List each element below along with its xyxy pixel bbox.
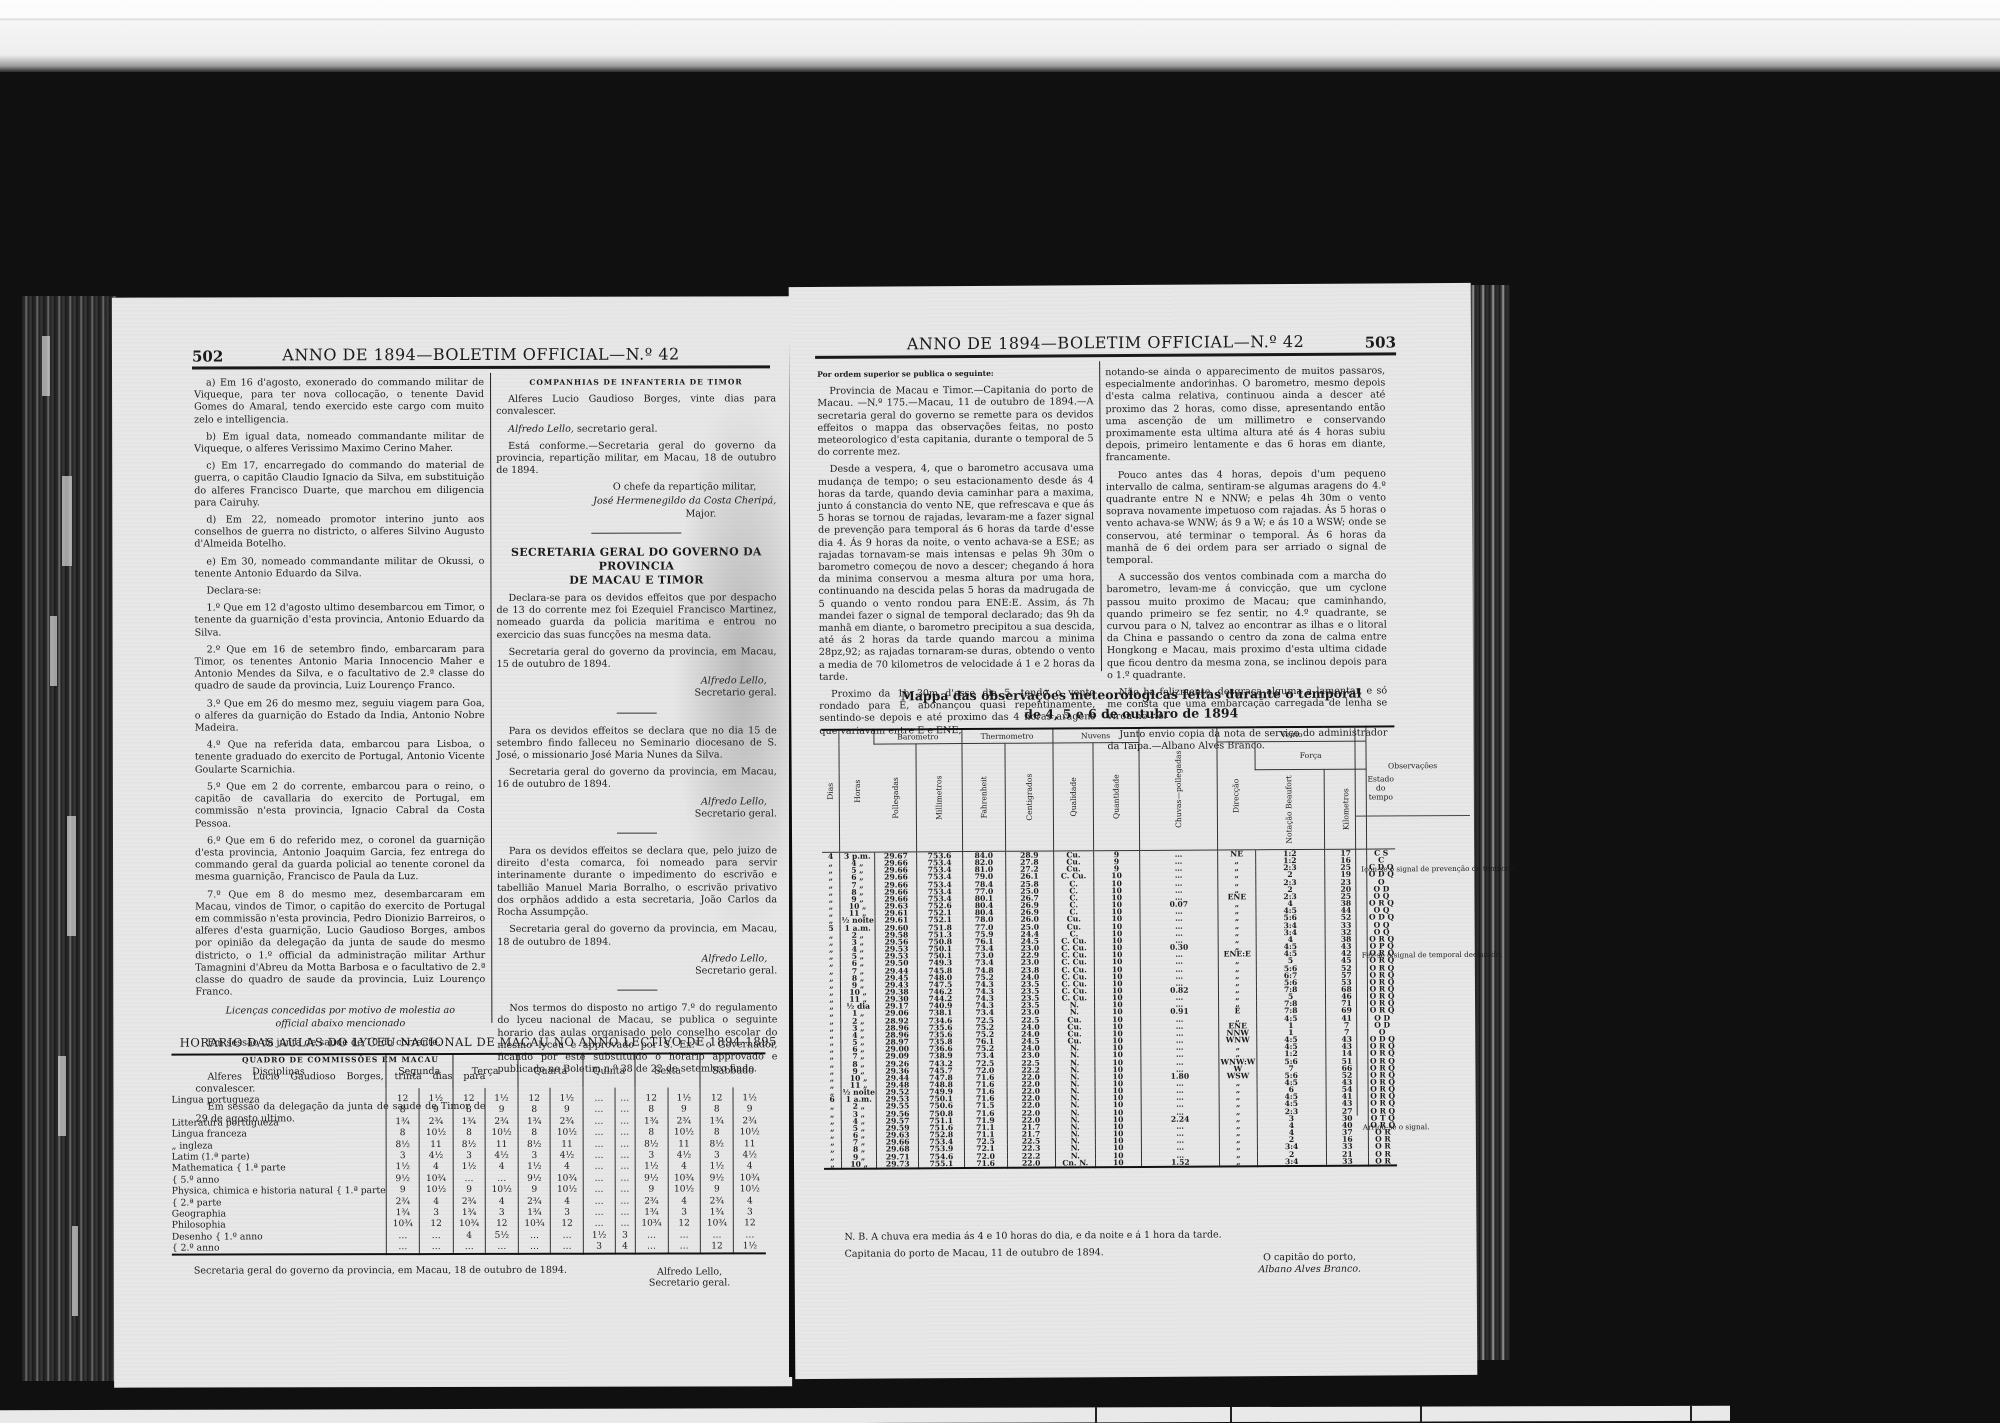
col-quantidade: Quantidade xyxy=(1093,742,1139,850)
time-cell: 8 xyxy=(518,1105,550,1116)
group-barometro: Barometro xyxy=(874,729,961,744)
col-disciplinas: Disciplinas xyxy=(171,1054,385,1088)
time-cell: 3 xyxy=(387,1151,419,1162)
time-cell: 12 xyxy=(734,1219,766,1230)
paragraph: a) Em 16 d'agosto, exonerado do commando… xyxy=(194,377,484,426)
subject-name: { 2.ª parte xyxy=(172,1197,386,1209)
met-cell: O R xyxy=(1369,1157,1397,1165)
col-label: Notação Beaufort xyxy=(1285,775,1294,843)
time-cell: 1½ xyxy=(387,1162,419,1173)
time-cell: 3 xyxy=(615,1230,634,1241)
col-quinta: Quinta xyxy=(583,1054,635,1088)
signature-title: O capitão do porto, xyxy=(1235,1251,1385,1264)
time-cell: 1¾ xyxy=(453,1117,485,1128)
time-cell: … xyxy=(584,1105,614,1116)
time-cell: 10½ xyxy=(734,1128,766,1139)
time-cell: 12 xyxy=(518,1094,550,1105)
col-millimetros: Millimetros xyxy=(916,744,962,852)
time-cell: 4 xyxy=(668,1162,700,1173)
time-cell: 3 xyxy=(635,1151,667,1162)
signature-name: Alfredo Lello, xyxy=(649,1266,730,1277)
subject-name: Litteratura portugueza xyxy=(172,1117,386,1129)
time-cell: 8 xyxy=(701,1105,733,1116)
scanner-bottom-margin xyxy=(0,1406,1730,1423)
time-cell: … xyxy=(584,1173,614,1184)
time-cell: 10½ xyxy=(668,1185,700,1196)
paragraph: Desde a vespera, 4, que o barometro accu… xyxy=(818,463,1095,684)
time-cell: 8 xyxy=(387,1128,419,1139)
time-cell: … xyxy=(615,1139,634,1150)
time-cell: … xyxy=(387,1242,419,1253)
time-cell: 3 xyxy=(701,1150,733,1161)
time-cell: 10¾ xyxy=(668,1173,700,1184)
time-cell: 1¾ xyxy=(453,1208,485,1219)
secretario-title: secretario geral. xyxy=(574,423,658,434)
time-cell: … xyxy=(615,1162,634,1173)
col-horas: Horas xyxy=(839,730,875,853)
time-cell: … xyxy=(615,1094,634,1105)
horario-body: Lingua portuguezaLitteratura portuguezaL… xyxy=(172,1087,766,1255)
time-cell: … xyxy=(584,1139,614,1150)
time-column: 1281¾88½31½…92¾1¾10¾4… xyxy=(453,1088,486,1255)
col-dias: Dias xyxy=(821,730,839,853)
col-label: Direcção xyxy=(1232,779,1241,813)
running-head: 502 ANNO DE 1894—BOLETIM OFFICIAL—N.º 42 xyxy=(192,344,770,369)
met-subgroup-row: Pollegadas Millimetros Fahrenheit Centig… xyxy=(821,741,1394,772)
time-cell: … xyxy=(636,1242,668,1253)
col-label: Quantidade xyxy=(1111,774,1120,819)
nota-bene: N. B. A chuva era media ás 4 e 10 horas … xyxy=(844,1229,1221,1242)
time-cell: 2¾ xyxy=(387,1197,419,1208)
notice: Declara-se para os devidos effeitos que … xyxy=(496,592,776,641)
signature-name: Alfredo Lello, xyxy=(497,676,777,689)
declara-item: 6.º Que em 6 do referido mez, o coronel … xyxy=(195,835,485,884)
time-cell: … xyxy=(584,1116,614,1127)
time-cell: 2¾ xyxy=(453,1196,485,1207)
time-cell: 4 xyxy=(420,1162,452,1173)
time-cell: … xyxy=(734,1230,766,1241)
col-qualidade: Qualidade xyxy=(1053,743,1094,851)
signature-title: Secretario geral. xyxy=(497,688,777,701)
time-column: 1281¾88½31½9½92¾1¾10¾…12 xyxy=(700,1087,733,1254)
time-cell: 11 xyxy=(486,1139,518,1150)
time-cell: 3 xyxy=(584,1242,614,1253)
declara-item: 5.º Que em 2 do corrente, embarcou para … xyxy=(195,781,485,830)
col-direccao: Direcção xyxy=(1217,742,1255,850)
time-cell: 12 xyxy=(551,1219,583,1230)
time-cell: 1¾ xyxy=(636,1207,668,1218)
time-cell: … xyxy=(519,1242,551,1253)
time-cell: 1¾ xyxy=(635,1116,667,1127)
time-cell: 8 xyxy=(386,1105,418,1116)
col-beaufort: Notação Beaufort xyxy=(1255,769,1324,849)
group-thermometro: Thermometro xyxy=(961,728,1052,743)
col-segunda: Segunda xyxy=(386,1054,453,1088)
met-cell: 10 xyxy=(1095,1159,1141,1167)
horario-footer-date: Secretaria geral do governo da provincia… xyxy=(194,1265,567,1277)
secretaria-heading: SECRETARIA GERAL DO GOVERNO DA PROVINCIA xyxy=(496,545,776,574)
time-cell: 1½ xyxy=(636,1162,668,1173)
col-terca: Terça xyxy=(452,1054,517,1088)
group-vento: Vento xyxy=(1217,727,1366,742)
time-cell: … xyxy=(584,1196,614,1207)
time-column: 1281¾88½31½9½92¾1¾10¾…… xyxy=(518,1088,551,1255)
time-cell: 4½ xyxy=(420,1151,452,1162)
time-cell: 1½ xyxy=(551,1094,583,1105)
time-cell: … xyxy=(668,1242,700,1253)
met-body: 43 p.m.29.67753.684.028.9Cu.9…NE1:217C S… xyxy=(822,849,1396,1169)
chefe-title: O chefe da repartição militar, xyxy=(496,482,776,495)
time-cell: 10½ xyxy=(551,1128,583,1139)
time-column: 1½92¾10½114½410¾10½4312…… xyxy=(668,1087,701,1254)
time-cell: 1½ xyxy=(584,1230,614,1241)
met-cell: 33 xyxy=(1326,1157,1369,1165)
time-cell: 10½ xyxy=(668,1128,700,1139)
running-head-title: ANNO DE 1894—BOLETIM OFFICIAL—N.º 42 xyxy=(192,344,770,364)
time-cell: 1½ xyxy=(668,1093,700,1104)
time-cell: 3 xyxy=(551,1208,583,1219)
time-cell: 12 xyxy=(668,1219,700,1230)
time-cell: 9½ xyxy=(636,1173,668,1184)
time-cell: 2¾ xyxy=(420,1117,452,1128)
time-cell: 8½ xyxy=(518,1139,550,1150)
time-cell: 12 xyxy=(635,1094,667,1105)
running-head-title: ANNO DE 1894—BOLETIM OFFICIAL—N.º 42 xyxy=(815,331,1396,354)
subject-name: Desenho { 1.º anno xyxy=(172,1231,386,1243)
paragraph: d) Em 22, nomeado promotor interino junt… xyxy=(194,514,484,551)
notice: Para os devidos effeitos se declara que … xyxy=(497,725,777,762)
time-cell: 11 xyxy=(551,1139,583,1150)
col-quarta: Quarta xyxy=(518,1054,583,1088)
mappa-title-line-2: de 4, 5 e 6 de outubro de 1894 xyxy=(831,702,1431,725)
col-fahrenheit: Fahrenheit xyxy=(962,743,1006,851)
paragraph: e) Em 30, nomeado commandante militar de… xyxy=(194,556,484,581)
time-cell: 1½ xyxy=(701,1162,733,1173)
capitania-date: Capitania do porto de Macau, 11 de outub… xyxy=(845,1247,1104,1260)
time-cell: … xyxy=(615,1128,634,1139)
paragraph: c) Em 17, encarregado do commando do mat… xyxy=(194,460,484,509)
declara-label: Declara-se: xyxy=(194,585,484,598)
col-label: Fahrenheit xyxy=(979,776,988,818)
subject-list: Lingua portuguezaLitteratura portuguezaL… xyxy=(172,1088,387,1255)
time-cell: 4½ xyxy=(668,1150,700,1161)
time-cell: 10½ xyxy=(551,1185,583,1196)
time-cell: 9 xyxy=(701,1185,733,1196)
col-sabbado: Sabbado xyxy=(700,1053,765,1087)
time-cell: 3 xyxy=(668,1207,700,1218)
mappa-title-line-1: Mappa das observações meteorologicas fei… xyxy=(831,683,1431,706)
time-cell: 4 xyxy=(420,1197,452,1208)
time-column: ………………………………34 xyxy=(615,1088,636,1255)
secretario-name: Alfredo Lello, xyxy=(508,423,574,434)
subject-name: „ ingleza xyxy=(172,1140,386,1152)
time-cell: 4½ xyxy=(734,1150,766,1161)
time-cell: … xyxy=(584,1219,614,1230)
time-cell: 9 xyxy=(420,1105,452,1116)
time-cell: … xyxy=(486,1242,518,1253)
signature-name: Alfredo Lello, xyxy=(497,953,777,966)
time-cell: 4 xyxy=(453,1231,485,1242)
companhias-heading: COMPANHIAS DE INFANTERIA DE TIMOR xyxy=(496,376,776,389)
time-cell: … xyxy=(615,1208,634,1219)
time-cell: … xyxy=(551,1242,583,1253)
time-cell: … xyxy=(453,1242,485,1253)
observation-note: Fez-se o signal de temporal declarado. xyxy=(1362,950,1503,960)
time-cell: 10½ xyxy=(420,1185,452,1196)
col-sexta: Sexta xyxy=(635,1053,700,1087)
time-cell: … xyxy=(615,1116,634,1127)
time-cell: 8½ xyxy=(387,1140,419,1151)
time-cell: … xyxy=(584,1162,614,1173)
met-cell: 71.6 xyxy=(964,1159,1007,1167)
subject-name: { 2.º anno xyxy=(172,1242,386,1254)
time-cell: 3 xyxy=(420,1208,452,1219)
time-cell: … xyxy=(420,1231,452,1242)
col-label: Horas xyxy=(852,780,861,803)
time-cell: 11 xyxy=(420,1140,452,1151)
subject-name: { 5.º anno xyxy=(172,1174,386,1186)
rule xyxy=(617,712,657,713)
time-cell: 1¾ xyxy=(386,1117,418,1128)
group-nuvens: Nuvens xyxy=(1053,728,1139,743)
col-label: Dias xyxy=(826,783,835,800)
time-cell: 8 xyxy=(518,1128,550,1139)
time-cell: … xyxy=(668,1230,700,1241)
time-cell: 10¾ xyxy=(420,1174,452,1185)
subject-name: Philosophia xyxy=(172,1219,386,1231)
intro-line: Por ordem superior se publica o seguinte… xyxy=(817,367,1093,381)
time-cell: 2¾ xyxy=(519,1196,551,1207)
met-cell: „ xyxy=(1220,1158,1258,1166)
rule xyxy=(617,990,657,991)
time-cell: … xyxy=(615,1151,634,1162)
time-cell: 4 xyxy=(734,1196,766,1207)
time-cell: 1¾ xyxy=(518,1117,550,1128)
time-cell: 9 xyxy=(519,1185,551,1196)
time-cell: 8½ xyxy=(635,1139,667,1150)
subject-name: Physica, chimica e historia natural { 1.… xyxy=(172,1185,386,1197)
time-cell: 1¾ xyxy=(701,1116,733,1127)
met-cell: 3:4 xyxy=(1257,1158,1326,1167)
met-cell: „ xyxy=(824,1161,842,1169)
declara-item: 3.º Que em 26 do mesmo mez, seguiu viage… xyxy=(195,698,485,735)
time-cell: … xyxy=(486,1174,518,1185)
signature-name: Albano Alves Branco. xyxy=(1235,1263,1385,1276)
time-cell: 4 xyxy=(551,1196,583,1207)
mappa-title: Mappa das observações meteorologicas fei… xyxy=(831,683,1431,725)
time-cell: 2¾ xyxy=(701,1196,733,1207)
time-cell: … xyxy=(615,1219,634,1230)
column-divider xyxy=(1099,361,1102,671)
time-column: 1½92¾10½114½410¾10½4312…1½ xyxy=(733,1087,766,1254)
time-cell: 4 xyxy=(551,1162,583,1173)
notice-date: Secretaria geral do governo da provincia… xyxy=(497,646,777,671)
time-cell: 11 xyxy=(734,1139,766,1150)
time-cell: 9 xyxy=(453,1185,485,1196)
paragraph: Pouco antes das 4 horas, depois d'um peq… xyxy=(1106,468,1387,567)
observation-note: Içou-se o signal de prevenção de tempora… xyxy=(1361,864,1518,874)
left-page-column-2: COMPANHIAS DE INFANTERIA DE TIMOR Alfere… xyxy=(496,376,777,1081)
chefe-name: José Hermenegildo da Costa Cheripá, xyxy=(496,495,776,508)
time-cell: 9 xyxy=(668,1105,700,1116)
time-cell: 9½ xyxy=(701,1173,733,1184)
time-column: 1½92¾10½114½4…10½43125½… xyxy=(485,1088,518,1255)
secretario-line: Alfredo Lello, secretario geral. xyxy=(496,423,776,436)
signature-title: Secretario geral. xyxy=(497,965,777,978)
licencas-heading: Licenças concedidas por motivo de molest… xyxy=(195,1003,485,1032)
time-cell: … xyxy=(701,1230,733,1241)
signature-name: Alfredo Lello, xyxy=(497,796,777,809)
time-cell: 12 xyxy=(486,1219,518,1230)
time-cell: 9½ xyxy=(387,1174,419,1185)
time-cell: … xyxy=(636,1230,668,1241)
page-number: 503 xyxy=(1365,333,1396,351)
time-cell: 1½ xyxy=(453,1162,485,1173)
time-cell: … xyxy=(584,1128,614,1139)
paragraph: A successão dos ventos combinada com a m… xyxy=(1106,571,1387,683)
companhias-item: Alferes Lucio Gaudioso Borges, vinte dia… xyxy=(496,394,776,419)
paragraph: b) Em igual data, nomeado commandante mi… xyxy=(194,431,484,456)
time-cell: 10½ xyxy=(486,1128,518,1139)
time-cell: … xyxy=(519,1230,551,1241)
notice: Para os devidos effeitos se declara que,… xyxy=(497,845,777,919)
met-cell: 10 „ xyxy=(841,1160,876,1168)
horario-table: Disciplinas Segunda Terça Quarta Quinta … xyxy=(171,1052,765,1256)
met-cell: 22.0 xyxy=(1007,1159,1055,1167)
page-503: ANNO DE 1894—BOLETIM OFFICIAL—N.º 42 503… xyxy=(789,283,1478,1379)
time-cell: 2¾ xyxy=(668,1116,700,1127)
time-cell: 8 xyxy=(635,1128,667,1139)
running-head: ANNO DE 1894—BOLETIM OFFICIAL—N.º 42 503 xyxy=(815,331,1396,359)
observacoes-column: Observações Içou-se o signal de prevençã… xyxy=(1354,725,1471,1116)
observacoes-header: Observações xyxy=(1356,761,1470,771)
time-column: 1281¾88½31½9½92¾1¾10¾…… xyxy=(635,1088,668,1255)
paragraph: Provincia de Macau e Timor.—Capitania do… xyxy=(817,384,1093,459)
col-label: Centigrados xyxy=(1024,774,1033,821)
time-cell: 8½ xyxy=(701,1139,733,1150)
time-cell: 1¾ xyxy=(387,1208,419,1219)
time-cell: 2¾ xyxy=(551,1117,583,1128)
time-cell: 4 xyxy=(486,1162,518,1173)
time-cell: 10¾ xyxy=(636,1219,668,1230)
time-cell: 1½ xyxy=(518,1162,550,1173)
scanner-top-margin xyxy=(0,0,2000,72)
esta-conforme: Está conforme.—Secretaria geral do gover… xyxy=(496,440,776,477)
group-forca: Força xyxy=(1255,741,1367,770)
declara-item: 1.º Que em 12 d'agosto ultimo desembarco… xyxy=(194,602,484,639)
met-cell: 1.52 xyxy=(1141,1158,1219,1167)
paragraph: notando-se ainda o apparecimento de muit… xyxy=(1105,365,1386,464)
time-cell: 10¾ xyxy=(387,1219,419,1230)
time-cell: 2¾ xyxy=(636,1196,668,1207)
time-cell: 3 xyxy=(453,1151,485,1162)
chefe-rank: Major. xyxy=(496,508,776,521)
subject-name: Lingua franceza xyxy=(172,1128,386,1140)
col-chuvas: Chuvas—pollegadas xyxy=(1139,727,1218,850)
col-label: Millimetros xyxy=(935,775,944,819)
meteorological-table: Dias Horas Barometro Thermometro Nuvens … xyxy=(821,725,1396,1169)
time-cell: 4 xyxy=(734,1162,766,1173)
time-cell: … xyxy=(615,1105,634,1116)
rule xyxy=(617,833,657,834)
time-cell: 10¾ xyxy=(701,1219,733,1230)
notice-date: Secretaria geral do governo da provincia… xyxy=(497,924,777,949)
time-cell: 1½ xyxy=(486,1094,518,1105)
time-cell: 10¾ xyxy=(519,1219,551,1230)
time-column: 1281¾88½31½9½92¾1¾10¾…… xyxy=(386,1088,420,1255)
horario-data-row: Lingua portuguezaLitteratura portuguezaL… xyxy=(172,1087,766,1255)
time-cell: … xyxy=(387,1231,419,1242)
time-cell: 12 xyxy=(453,1094,485,1105)
declara-item: 7.º Que em 8 do mesmo mez, desembarcaram… xyxy=(195,888,485,998)
col-label: Qualidade xyxy=(1068,777,1077,816)
time-cell: 3 xyxy=(734,1207,766,1218)
time-cell: 10¾ xyxy=(453,1219,485,1230)
time-cell: 1½ xyxy=(420,1094,452,1105)
met-cell: 29.73 xyxy=(877,1160,919,1168)
horario-signature: Alfredo Lello, Secretario geral. xyxy=(649,1266,730,1288)
time-cell: 8 xyxy=(635,1105,667,1116)
time-cell: 4½ xyxy=(551,1151,583,1162)
time-cell: … xyxy=(584,1151,614,1162)
time-cell: 2¾ xyxy=(486,1117,518,1128)
time-cell: 9 xyxy=(486,1105,518,1116)
time-cell: … xyxy=(584,1185,614,1196)
observacoes-rule xyxy=(1356,815,1470,817)
time-cell: 9 xyxy=(636,1185,668,1196)
time-cell: … xyxy=(584,1094,614,1105)
time-cell: … xyxy=(615,1173,634,1184)
ornamental-rule xyxy=(591,533,681,534)
time-cell: 4½ xyxy=(486,1151,518,1162)
time-cell: 3 xyxy=(518,1151,550,1162)
time-cell: 1½ xyxy=(734,1241,766,1252)
time-column: ………………………………1½3 xyxy=(583,1088,615,1255)
time-cell: 8 xyxy=(453,1105,485,1116)
left-page-column-1: a) Em 16 d'agosto, exonerado do commando… xyxy=(194,377,486,1131)
col-centigrados: Centigrados xyxy=(1005,743,1054,851)
time-cell: 1¾ xyxy=(701,1207,733,1218)
time-cell: 4 xyxy=(486,1196,518,1207)
observation-note: Arriou-se o signal. xyxy=(1363,1122,1430,1131)
time-cell: 1½ xyxy=(734,1093,766,1104)
time-cell: 8 xyxy=(453,1128,485,1139)
time-column: 1½92¾10½114½410¾10½4312…… xyxy=(550,1088,583,1255)
column-divider xyxy=(490,373,492,1023)
time-cell: 12 xyxy=(386,1094,418,1105)
time-cell: 10¾ xyxy=(734,1173,766,1184)
time-cell: 9 xyxy=(734,1105,766,1116)
subject-name: Geographia xyxy=(172,1208,386,1220)
time-column: 1½92¾10½114½410¾10½4312…… xyxy=(419,1088,453,1255)
subject-name: Lingua portugueza xyxy=(172,1094,386,1106)
time-cell: … xyxy=(615,1196,634,1207)
secretaria-heading-2: DE MACAU E TIMOR xyxy=(496,573,776,588)
time-cell: 4 xyxy=(668,1196,700,1207)
col-label: Pollegadas xyxy=(891,777,900,818)
notice-date: Secretaria geral do governo da provincia… xyxy=(497,767,777,792)
book-spine-left-edge xyxy=(22,296,117,1381)
time-cell: 8½ xyxy=(453,1139,485,1150)
time-cell: 12 xyxy=(701,1241,733,1252)
time-cell: 10½ xyxy=(420,1128,452,1139)
declara-item: 2.º Que em 16 de setembro findo, embarca… xyxy=(195,644,485,693)
col-label: Chuvas—pollegadas xyxy=(1173,751,1182,828)
subject-name: Latim (1.ª parte) xyxy=(172,1151,386,1163)
time-cell: 2¾ xyxy=(734,1116,766,1127)
time-cell: 10½ xyxy=(734,1184,766,1195)
signature-title: Secretario geral. xyxy=(497,808,777,821)
